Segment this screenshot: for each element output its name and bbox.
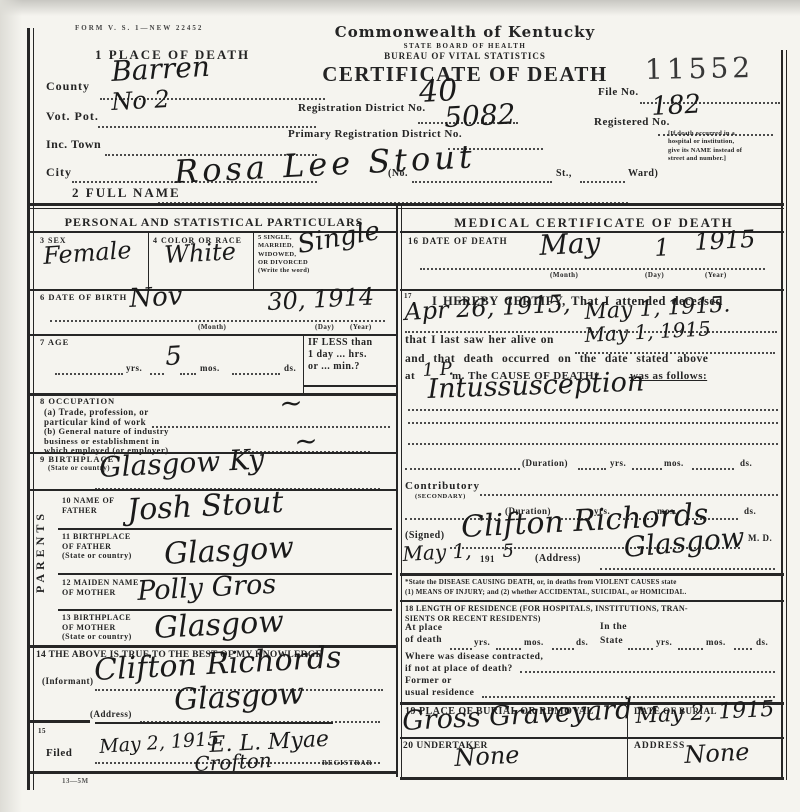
residence-label: 18 LENGTH OF RESIDENCE (FOR HOSPITALS, I… bbox=[405, 604, 783, 625]
day-caption: (Day) bbox=[645, 271, 664, 279]
dotted-line bbox=[152, 424, 390, 428]
res-mos-caption: mos. bbox=[524, 637, 544, 647]
death-certificate-scan: FORM V. S. 1—NEW 22452 1 PLACE OF DEATH … bbox=[0, 0, 800, 812]
hospital-note: [If death occurred in a hospital or inst… bbox=[668, 130, 786, 164]
rule-line bbox=[28, 334, 396, 336]
form-code: FORM V. S. 1—NEW 22452 bbox=[75, 24, 203, 32]
signed-year-digit: 5 bbox=[502, 542, 514, 561]
county-value: Barren bbox=[111, 53, 211, 86]
scan-shading-left bbox=[0, 0, 22, 812]
state-ds-caption: ds. bbox=[756, 637, 768, 647]
occupation-a-mark: ~ bbox=[279, 389, 304, 418]
dod-day-value: 1 bbox=[654, 235, 671, 260]
county-label: County bbox=[46, 80, 90, 94]
secondary-caption: (SECONDARY) bbox=[415, 493, 466, 500]
cell-divider bbox=[148, 232, 149, 289]
month-caption: (Month) bbox=[550, 271, 578, 279]
border-left-outer bbox=[27, 28, 30, 790]
scan-shading-top bbox=[0, 0, 800, 16]
year-caption: (Year) bbox=[705, 271, 727, 279]
rule-line-short-thick bbox=[28, 720, 90, 723]
dod-year-value: 1915 bbox=[694, 227, 756, 254]
registration-district-label: Registration District No. bbox=[298, 102, 426, 115]
age-months-value: 5 bbox=[165, 343, 183, 370]
father-birthplace-value: Glasgow bbox=[163, 533, 294, 570]
city-label: City bbox=[46, 166, 72, 180]
full-name-label: 2 FULL NAME bbox=[72, 186, 181, 201]
rule-line-thick bbox=[28, 771, 396, 774]
day-caption: (Day) bbox=[315, 323, 334, 331]
mos-caption: mos. bbox=[664, 458, 684, 468]
dotted-line bbox=[578, 466, 606, 470]
main-divider-thick bbox=[28, 203, 784, 206]
ds-caption-2: ds. bbox=[744, 506, 756, 516]
file-no-label: File No. bbox=[598, 86, 639, 99]
duration-caption: (Duration) bbox=[522, 458, 568, 468]
dob-day-year-value: 30, 1914 bbox=[267, 284, 375, 314]
certificate-title: CERTIFICATE OF DEATH bbox=[300, 62, 630, 86]
dotted-line bbox=[628, 646, 653, 650]
ds-caption: ds. bbox=[740, 458, 752, 468]
dotted-line bbox=[408, 420, 778, 424]
dotted-line bbox=[692, 466, 734, 470]
dotted-line bbox=[55, 371, 123, 375]
dotted-line bbox=[600, 566, 775, 570]
mother-name-label: 12 MAIDEN NAME OF MOTHER bbox=[62, 578, 139, 597]
father-birthplace-label: 11 BIRTHPLACE OF FATHER (State or countr… bbox=[62, 532, 132, 561]
occupation-label: 8 OCCUPATION bbox=[40, 397, 115, 407]
res-yrs-caption: yrs. bbox=[474, 637, 490, 647]
year-caption: (Year) bbox=[350, 323, 372, 331]
date-of-death-label: 16 DATE OF DEATH bbox=[408, 236, 508, 246]
last-saw-label: that I last saw her alive on bbox=[405, 334, 554, 347]
dotted-line bbox=[678, 646, 703, 650]
file-no-stamp: 11552 bbox=[645, 51, 755, 86]
dod-month-value: May bbox=[539, 229, 602, 260]
in-state-label: In the bbox=[600, 622, 627, 633]
state-label: State bbox=[600, 636, 623, 647]
date-of-birth-label: 6 DATE OF BIRTH bbox=[40, 293, 127, 303]
dotted-line bbox=[420, 266, 765, 270]
dotted-line bbox=[405, 466, 520, 470]
burial-date-value: May 2, 1915 bbox=[635, 699, 775, 728]
dotted-line bbox=[496, 646, 521, 650]
cause-of-death-value: Intussusception bbox=[427, 368, 645, 403]
father-name-label: 10 NAME OF FATHER bbox=[62, 496, 115, 515]
ward-label: Ward) bbox=[628, 168, 658, 180]
dotted-line bbox=[98, 124, 316, 128]
bureau-line: BUREAU OF VITAL STATISTICS bbox=[300, 51, 630, 61]
contributory-label: Contributory bbox=[405, 480, 480, 493]
vot-pot-label: Vot. Pot. bbox=[46, 110, 99, 124]
former-residence-label: Former or usual residence bbox=[405, 676, 474, 700]
age-label: 7 AGE bbox=[40, 338, 69, 348]
dotted-line bbox=[480, 492, 778, 496]
dotted-line bbox=[408, 441, 778, 445]
dotted-line bbox=[50, 318, 385, 322]
primary-registration-value: 5082 bbox=[444, 100, 517, 132]
age-ds-caption: ds. bbox=[284, 363, 296, 373]
age-mos-caption: mos. bbox=[200, 363, 220, 373]
at-place-label: At place of death bbox=[405, 622, 443, 647]
yrs-caption: yrs. bbox=[610, 458, 626, 468]
state-yrs-caption: yrs. bbox=[656, 637, 672, 647]
father-name-value: Josh Stout bbox=[126, 488, 284, 526]
registered-no-value: 182 bbox=[651, 91, 702, 120]
border-right-inner bbox=[786, 50, 787, 780]
dotted-line bbox=[180, 371, 196, 375]
registrar-label: REGISTRAR bbox=[322, 759, 373, 767]
state-board-line: STATE BOARD OF HEALTH bbox=[300, 42, 630, 50]
inc-town-label: Inc. Town bbox=[46, 138, 101, 152]
rule-line-thick bbox=[400, 573, 784, 576]
dotted-line bbox=[450, 646, 472, 650]
attended-from-value: Apr 26, 1915, bbox=[404, 291, 571, 324]
state-mos-caption: mos. bbox=[706, 637, 726, 647]
dotted-line bbox=[552, 646, 574, 650]
printed-year-prefix: 191 bbox=[480, 554, 495, 564]
filed-label: Filed bbox=[46, 747, 72, 760]
mother-name-value: Polly Gros bbox=[137, 571, 277, 605]
birthplace-value: Glasgow Ky bbox=[99, 445, 265, 482]
dotted-line bbox=[632, 466, 662, 470]
street-label: St., bbox=[556, 168, 572, 180]
parents-vertical-label: PARENTS bbox=[34, 510, 48, 593]
color-race-value: White bbox=[164, 239, 237, 267]
dotted-line bbox=[734, 646, 752, 650]
age-yrs-caption: yrs. bbox=[126, 363, 142, 373]
last-saw-value: May 1, 1915 bbox=[584, 318, 711, 345]
signed-address-label: (Address) bbox=[535, 553, 581, 565]
rule-line bbox=[303, 385, 396, 387]
month-caption: (Month) bbox=[198, 323, 226, 331]
if-less-note: IF LESS than 1 day ... hrs. or ... min.? bbox=[308, 337, 396, 374]
dotted-line bbox=[412, 179, 552, 183]
main-divider-thin bbox=[28, 208, 784, 209]
sex-value: Female bbox=[42, 238, 132, 268]
cause-footnote: *State the DISEASE CAUSING DEATH, or, in… bbox=[405, 578, 783, 598]
signed-address-value: Glasgow bbox=[623, 524, 746, 562]
occupation-a-label: (a) Trade, profession, or particular kin… bbox=[44, 407, 149, 428]
informant-address-label: (Address) bbox=[90, 709, 132, 719]
rule-line-thick bbox=[400, 777, 784, 780]
res-ds-caption: ds. bbox=[576, 637, 588, 647]
vot-pot-value: No 2 bbox=[111, 87, 171, 114]
print-code: 13—5M bbox=[62, 777, 89, 785]
rule-line bbox=[58, 528, 392, 530]
cell-divider bbox=[253, 232, 254, 289]
signed-date-value: May 1, bbox=[402, 540, 472, 564]
filed-number: 15 bbox=[38, 727, 46, 735]
md-label: M. D. bbox=[748, 533, 772, 543]
informant-address-value: Glasgow bbox=[173, 679, 304, 716]
column-divider-thick bbox=[396, 203, 398, 777]
dotted-line bbox=[520, 669, 775, 673]
at-label: at bbox=[405, 370, 415, 383]
dotted-line bbox=[150, 371, 164, 375]
rule-line bbox=[95, 722, 333, 724]
rule-line bbox=[400, 289, 784, 291]
rule-line bbox=[400, 600, 784, 602]
undertaker-value: None bbox=[454, 743, 520, 770]
informant-label: (Informant) bbox=[42, 676, 94, 686]
dotted-line bbox=[580, 179, 625, 183]
border-left-inner bbox=[33, 28, 34, 790]
mother-birthplace-label: 13 BIRTHPLACE OF MOTHER (State or countr… bbox=[62, 613, 132, 642]
mother-birthplace-value: Glasgow bbox=[153, 607, 284, 644]
undertaker-address-value: None bbox=[684, 740, 750, 767]
dob-month-value: Nov bbox=[129, 283, 183, 312]
dotted-line bbox=[408, 407, 778, 411]
undertaker-address-label: ADDRESS bbox=[634, 741, 685, 752]
dotted-line bbox=[232, 371, 280, 375]
commonwealth-title: Commonwealth of Kentucky bbox=[300, 24, 630, 41]
